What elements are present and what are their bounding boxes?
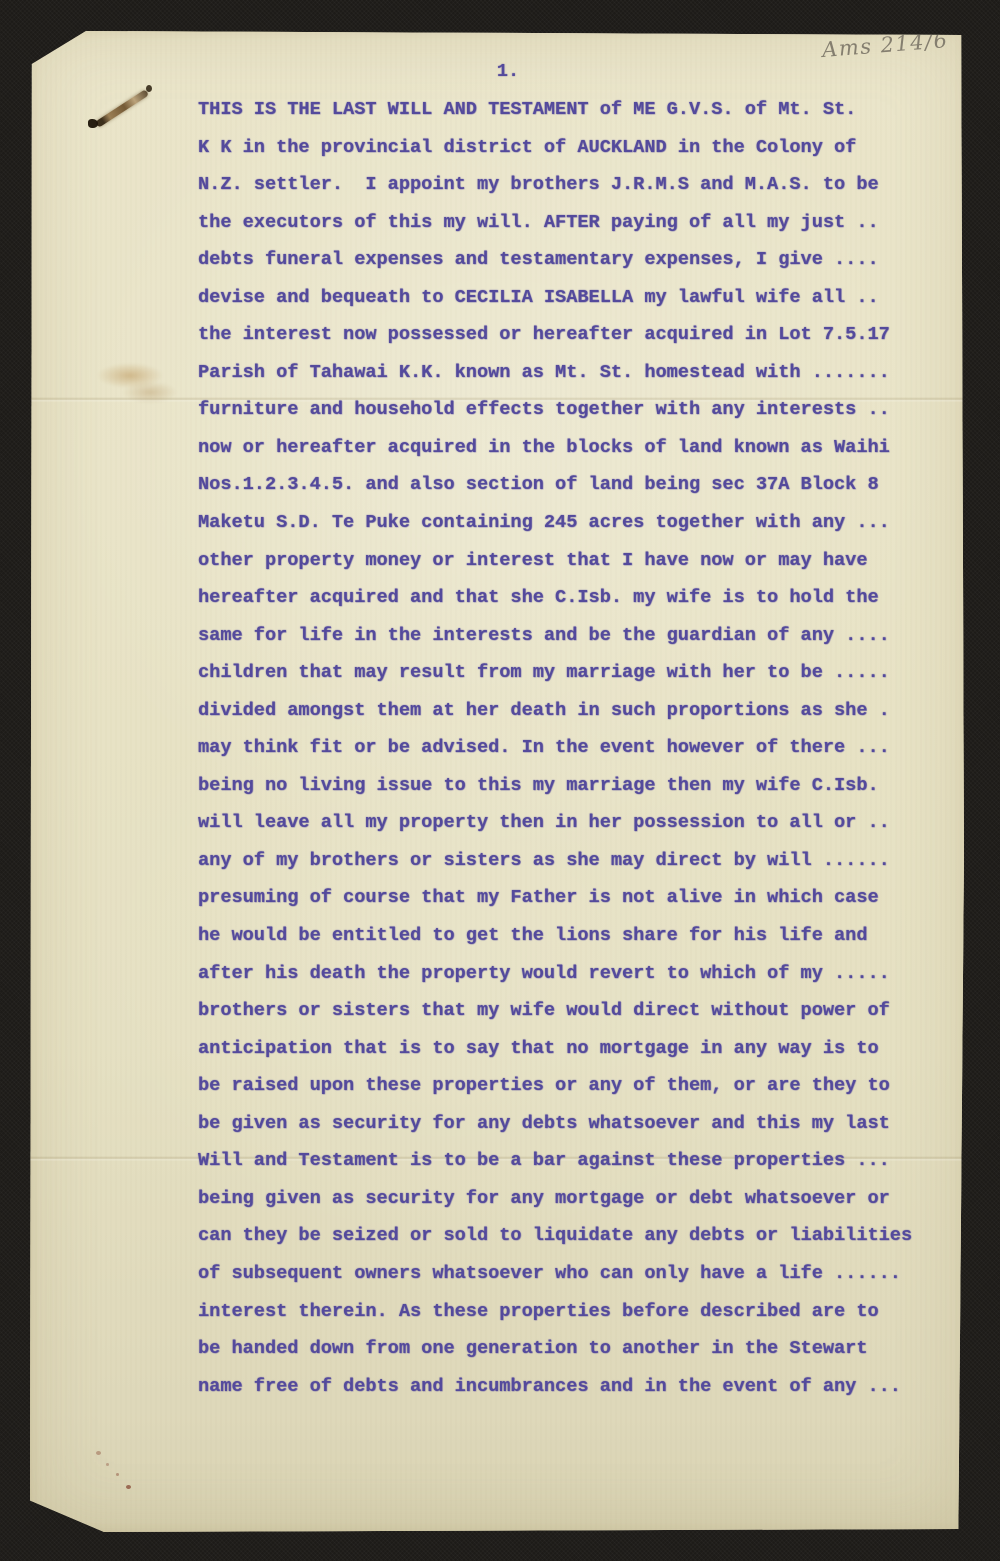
- text-line: he would be entitled to get the lions sh…: [198, 917, 938, 955]
- text-line: presuming of course that my Father is no…: [198, 879, 938, 917]
- text-line: the interest now possessed or hereafter …: [198, 316, 938, 354]
- text-line: of subsequent owners whatsoever who can …: [198, 1255, 938, 1293]
- text-line: devise and bequeath to CECILIA ISABELLA …: [198, 279, 938, 317]
- ink-blot-dot: [88, 119, 98, 128]
- text-line: name free of debts and incumbrances and …: [198, 1368, 938, 1406]
- text-line: K K in the provincial district of AUCKLA…: [198, 129, 938, 167]
- text-line: same for life in the interests and be th…: [198, 617, 938, 655]
- text-line: brothers or sisters that my wife would d…: [198, 992, 938, 1030]
- ink-blot-dot: [146, 85, 152, 92]
- text-line: N.Z. settler. I appoint my brothers J.R.…: [198, 166, 938, 204]
- text-line: divided amongst them at her death in suc…: [198, 692, 938, 730]
- archive-annotation: Ams 214/6: [821, 28, 949, 62]
- text-line: will leave all my property then in her p…: [198, 804, 938, 842]
- text-line: interest therein. As these properties be…: [198, 1293, 938, 1331]
- ink-blot-streak: [95, 89, 149, 128]
- text-line: after his death the property would rever…: [198, 955, 938, 993]
- text-line: Nos.1.2.3.4.5. and also section of land …: [198, 466, 938, 504]
- text-line: children that may result from my marriag…: [198, 654, 938, 692]
- scan-background: { "archive": { "label": "Ams 214/6" }, "…: [0, 0, 1000, 1561]
- document-page: Ams 214/6 1. THIS IS THE LAST WILL AND T…: [30, 31, 964, 1532]
- ink-blot-stain: [86, 83, 156, 131]
- text-line: Parish of Tahawai K.K. known as Mt. St. …: [198, 354, 938, 392]
- text-line: any of my brothers or sisters as she may…: [198, 842, 938, 880]
- text-line: other property money or interest that I …: [198, 542, 938, 580]
- text-line: can they be seized or sold to liquidate …: [198, 1217, 938, 1255]
- text-line: being given as security for any mortgage…: [198, 1180, 938, 1218]
- text-line: Maketu S.D. Te Puke containing 245 acres…: [198, 504, 938, 542]
- text-line: Will and Testament is to be a bar agains…: [198, 1142, 938, 1180]
- text-line: now or hereafter acquired in the blocks …: [198, 429, 938, 467]
- text-line: furniture and household effects together…: [198, 391, 938, 429]
- page-number: 1.: [438, 61, 578, 82]
- red-speckles-stain: [92, 1449, 142, 1495]
- text-line: may think fit or be advised. In the even…: [198, 729, 938, 767]
- text-line: anticipation that is to say that no mort…: [198, 1030, 938, 1068]
- text-line: be given as security for any debts whats…: [198, 1105, 938, 1143]
- tan-stain: [98, 363, 178, 405]
- text-line: the executors of this my will. AFTER pay…: [198, 204, 938, 242]
- text-line: hereafter acquired and that she C.Isb. m…: [198, 579, 938, 617]
- text-line: debts funeral expenses and testamentary …: [198, 241, 938, 279]
- text-line: THIS IS THE LAST WILL AND TESTAMENT of M…: [198, 91, 938, 129]
- text-line: being no living issue to this my marriag…: [198, 767, 938, 805]
- typewritten-text-block: THIS IS THE LAST WILL AND TESTAMENT of M…: [198, 91, 938, 1405]
- text-line: be raised upon these properties or any o…: [198, 1067, 938, 1105]
- text-line: be handed down from one generation to an…: [198, 1330, 938, 1368]
